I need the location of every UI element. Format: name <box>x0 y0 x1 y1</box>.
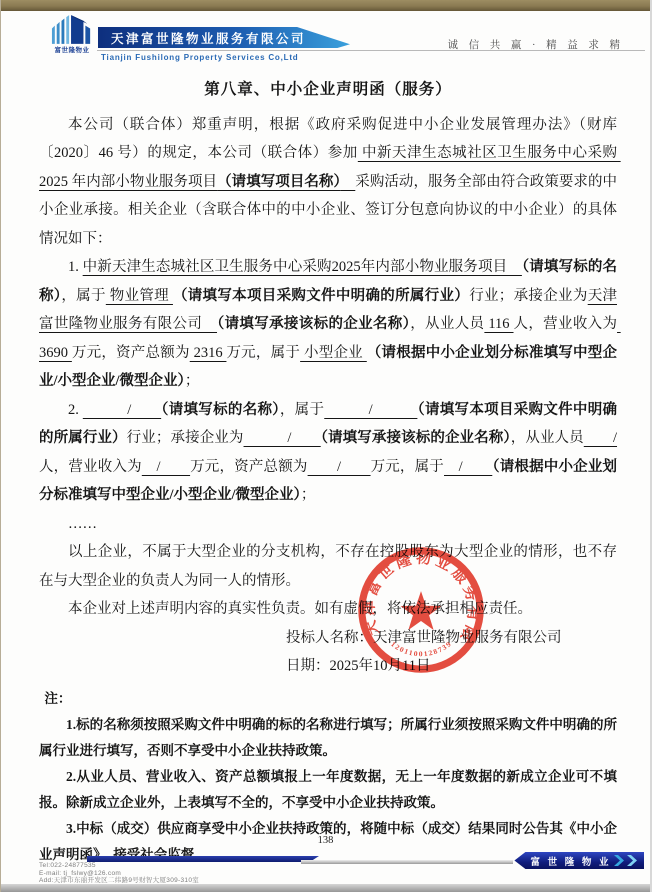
text-segment: （请填写承接该标的企业名称） <box>321 430 511 446</box>
page: 富世隆物业 天津富世隆物业服务有限公司 Tianjin Fushilong Pr… <box>0 0 652 892</box>
text-segment: 人，营业收入为 <box>39 459 142 475</box>
text-segment: / <box>83 402 161 418</box>
text-segment: 物业管理 <box>106 288 173 304</box>
top-band <box>1 0 650 11</box>
text-segment: （请填写承接该标的企业名称） <box>217 316 410 332</box>
text-segment: / <box>584 430 617 446</box>
text-segment: 行业；承接企业为 <box>469 288 588 304</box>
contact-email: E-mail: tj_fslwy@126.com <box>39 870 199 878</box>
text-segment: 2316 <box>190 345 227 361</box>
page-number: 138 <box>1 835 650 846</box>
text-segment: （请填写本项目采购文件中明确的所属行业） <box>173 288 469 304</box>
text-segment: 小型企业 <box>300 345 367 361</box>
item-2-paragraph: 2. / （请填写标的名称），属于 / （请填写本项目采购文件中明确的所属行业）… <box>39 396 617 510</box>
text-segment: （请填写标的名称） <box>161 402 280 418</box>
footer-gray-bar <box>301 860 513 864</box>
text-segment: / <box>324 402 417 418</box>
text-segment: 万元，资产总额为 <box>72 345 190 361</box>
chevron-right-icon <box>627 855 637 866</box>
text-segment: ，属于 <box>61 288 105 304</box>
closing-paragraph-2: 本企业对上述声明内容的真实性负责。如有虚假，将依法承担相应责任。 <box>39 595 617 624</box>
company-logo: 富世隆物业 <box>47 14 97 54</box>
svg-text:1201100128739: 1201100128739 <box>389 640 454 659</box>
text-segment: 中新天津生态城社区卫生服务中心采购2025年内部小物业服务项目 <box>83 259 522 275</box>
ellipsis-line: …… <box>39 510 617 539</box>
company-banner: 天津富世隆物业服务有限公司 <box>98 27 350 48</box>
footer-brand-badge: 富 世 隆 物 业 <box>514 852 644 869</box>
contact-tel: Tel:022-24877535 <box>39 862 199 870</box>
text-segment: 万元，资产总额为 <box>190 459 308 475</box>
seal-company-text: 天津富世隆物业服务有限公司 <box>356 545 483 646</box>
company-name-cn: 天津富世隆物业服务有限公司 <box>98 29 306 47</box>
document-body: 第八章、中小企业声明函（服务） 本公司（联合体）郑重声明，根据《政府采购促进中小… <box>39 64 617 868</box>
chevron-right-icon <box>614 855 624 866</box>
bottom-band <box>1 884 650 892</box>
text-segment: 行业；承接企业为 <box>127 430 244 446</box>
text-segment: 万元，属于 <box>226 345 300 361</box>
text-segment: ，从业人员 <box>511 430 584 446</box>
text-segment: （请填写项目名称） <box>217 174 341 190</box>
text-segment: ，属于 <box>280 402 324 418</box>
document-title: 第八章、中小企业声明函（服务） <box>39 76 617 105</box>
text-segment: ； <box>301 487 316 503</box>
text-segment: 2. <box>68 402 83 418</box>
company-name-en: Tianjin Fushilong Property Services Co,L… <box>101 53 298 62</box>
text-segment: / <box>444 459 492 475</box>
closing-paragraph-1: 以上企业，不属于大型企业的分支机构，不存在控股股东为大型企业的情形，也不存在与大… <box>39 538 617 595</box>
declaration-paragraph: 本公司（联合体）郑重声明，根据《政府采购促进中小企业发展管理办法》（财库〔202… <box>39 111 617 254</box>
seal-number-text: 1201100128739 <box>389 640 454 659</box>
building-icon <box>51 14 93 45</box>
text-segment: / <box>244 430 321 446</box>
text-segment: / <box>142 459 190 475</box>
text-segment: 人，营业收入为 <box>514 316 618 332</box>
notes-title: 注： <box>39 686 617 712</box>
svg-text:天津富世隆物业服务有限公司: 天津富世隆物业服务有限公司 <box>356 545 483 646</box>
text-segment <box>341 174 356 190</box>
item-1-paragraph: 1. 中新天津生态城社区卫生服务中心采购2025年内部小物业服务项目 （请填写标… <box>39 253 617 396</box>
text-segment: ； <box>185 373 200 389</box>
note-item: 2.从业人员、营业收入、资产总额填报上一年度数据，无上一年度数据的新成立企业可不… <box>39 764 617 816</box>
text-segment: 万元，属于 <box>371 459 444 475</box>
header: 富世隆物业 天津富世隆物业服务有限公司 Tianjin Fushilong Pr… <box>1 11 650 65</box>
text-segment: / <box>308 459 371 475</box>
seal-star-icon <box>401 591 442 630</box>
text-segment: 1. <box>68 259 83 275</box>
footer-contact: Tel:022-24877535 E-mail: tj_fslwy@126.co… <box>39 862 199 885</box>
brand-badge-label: 富 世 隆 物 业 <box>530 854 611 868</box>
header-slogan: 诚 信 共 赢 · 精 益 求 精 <box>448 37 625 52</box>
text-segment: 116 <box>484 316 513 332</box>
note-item: 1.标的名称须按照采购文件中明确的标的名称进行填写；所属行业须按照采购文件中明确… <box>39 712 617 764</box>
text-segment: ，从业人员 <box>410 316 484 332</box>
logo-caption: 富世隆物业 <box>47 45 97 54</box>
company-seal: 天津富世隆物业服务有限公司 1201100128739 <box>356 545 486 675</box>
